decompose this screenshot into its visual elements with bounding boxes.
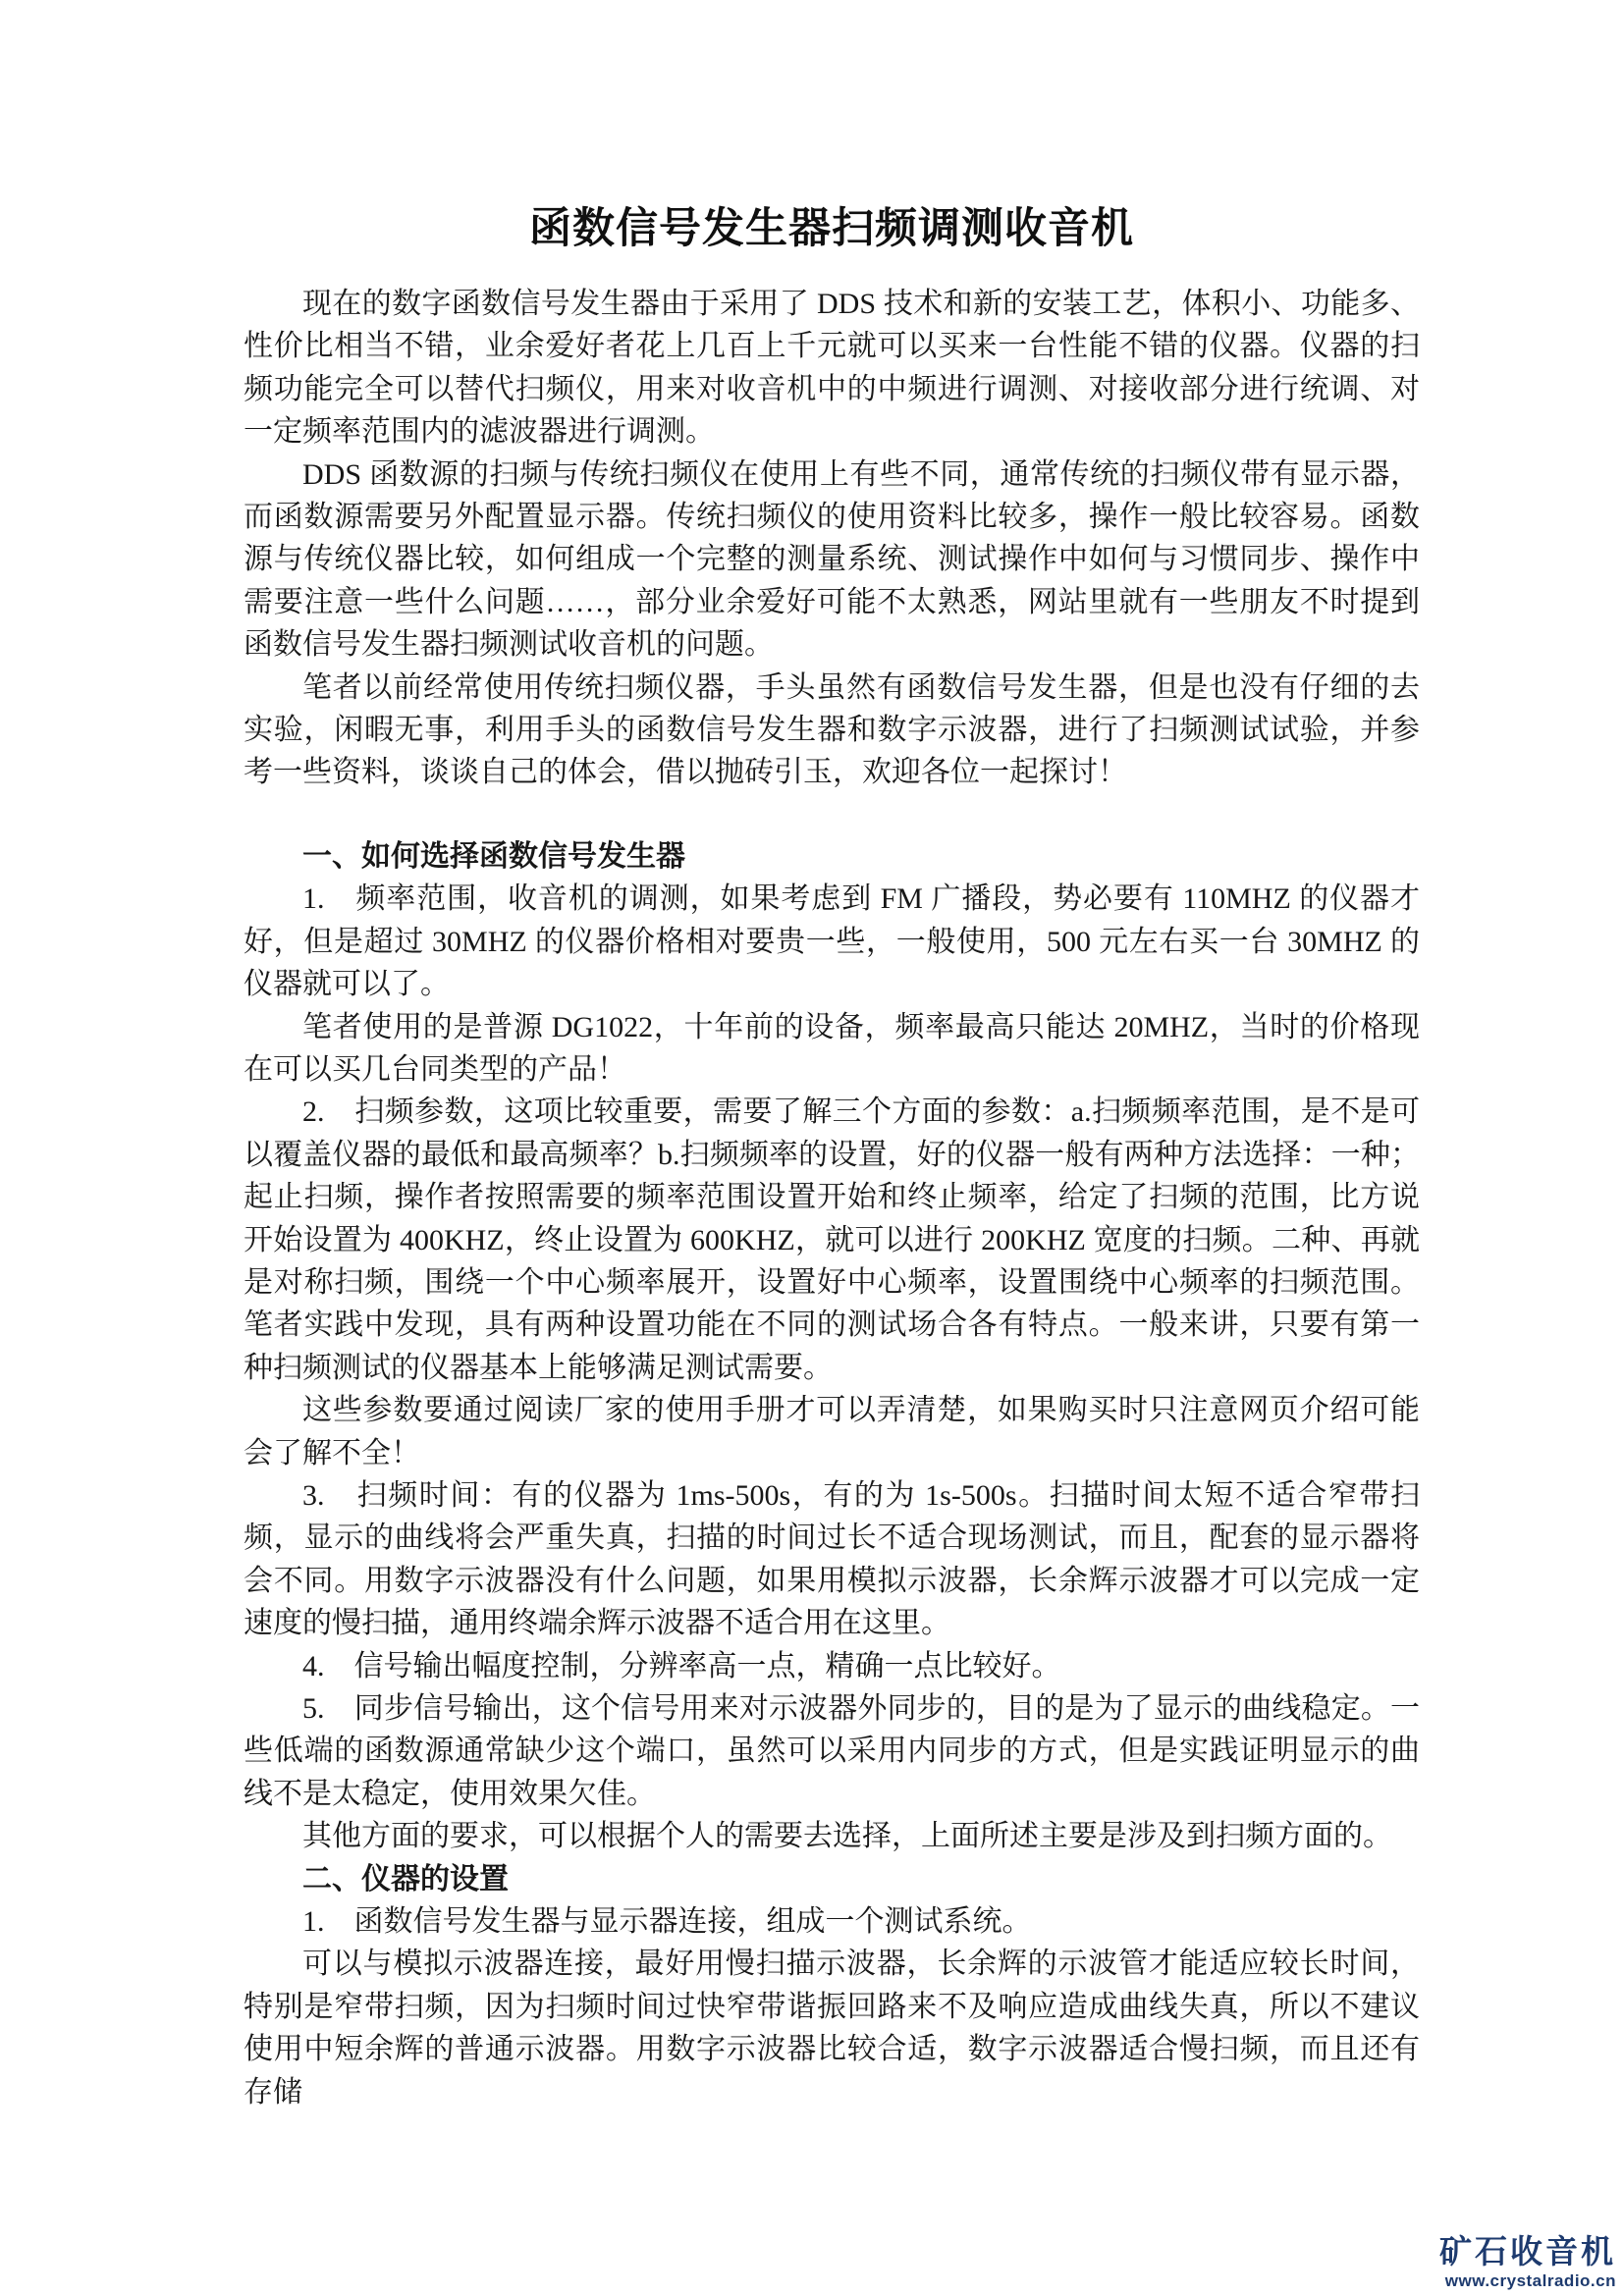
paragraph: 现在的数字函数信号发生器由于采用了 DDS 技术和新的安装工艺，体积小、功能多、…: [244, 283, 1420, 454]
section-heading: 二、仪器的设置: [244, 1858, 1420, 1900]
paragraph: 1. 函数信号发生器与显示器连接，组成一个测试系统。: [244, 1900, 1420, 1943]
document-content: 函数信号发生器扫频调测收音机 现在的数字函数信号发生器由于采用了 DDS 技术和…: [244, 200, 1420, 2113]
paragraph: 3. 扫频时间：有的仪器为 1ms-500s，有的为 1s-500s。扫描时间太…: [244, 1474, 1420, 1645]
site-logo-name: 矿石收音机: [1439, 2233, 1616, 2270]
paragraph: DDS 函数源的扫频与传统扫频仪在使用上有些不同，通常传统的扫频仪带有显示器，而…: [244, 454, 1420, 667]
site-logo: 矿石收音机 www.crystalradio.cn: [1439, 2233, 1616, 2291]
paragraph: 笔者以前经常使用传统扫频仪器，手头虽然有函数信号发生器，但是也没有仔细的去实验，…: [244, 667, 1420, 794]
paragraph: 1. 频率范围，收音机的调测，如果考虑到 FM 广播段，势必要有 110MHZ …: [244, 878, 1420, 1005]
paragraph-list: 现在的数字函数信号发生器由于采用了 DDS 技术和新的安装工艺，体积小、功能多、…: [244, 283, 1420, 2113]
paragraph: 4. 信号输出幅度控制，分辨率高一点，精确一点比较好。: [244, 1645, 1420, 1687]
paragraph: 这些参数要通过阅读厂家的使用手册才可以弄清楚，如果购买时只注意网页介绍可能会了解…: [244, 1389, 1420, 1474]
paragraph: 其他方面的要求，可以根据个人的需要去选择，上面所述主要是涉及到扫频方面的。: [244, 1815, 1420, 1857]
document-title: 函数信号发生器扫频调测收音机: [244, 200, 1420, 257]
paragraph: 可以与模拟示波器连接，最好用慢扫描示波器，长余辉的示波管才能适应较长时间，特别是…: [244, 1943, 1420, 2113]
document-page: 函数信号发生器扫频调测收音机 现在的数字函数信号发生器由于采用了 DDS 技术和…: [0, 0, 1624, 2296]
section-heading: 一、如何选择函数信号发生器: [244, 835, 1420, 878]
paragraph: 2. 扫频参数，这项比较重要，需要了解三个方面的参数：a.扫频频率范围，是不是可…: [244, 1091, 1420, 1389]
site-logo-url: www.crystalradio.cn: [1439, 2270, 1616, 2291]
paragraph: 笔者使用的是普源 DG1022，十年前的设备，频率最高只能达 20MHZ，当时的…: [244, 1006, 1420, 1092]
paragraph: 5. 同步信号输出，这个信号用来对示波器外同步的，目的是为了显示的曲线稳定。一些…: [244, 1687, 1420, 1815]
